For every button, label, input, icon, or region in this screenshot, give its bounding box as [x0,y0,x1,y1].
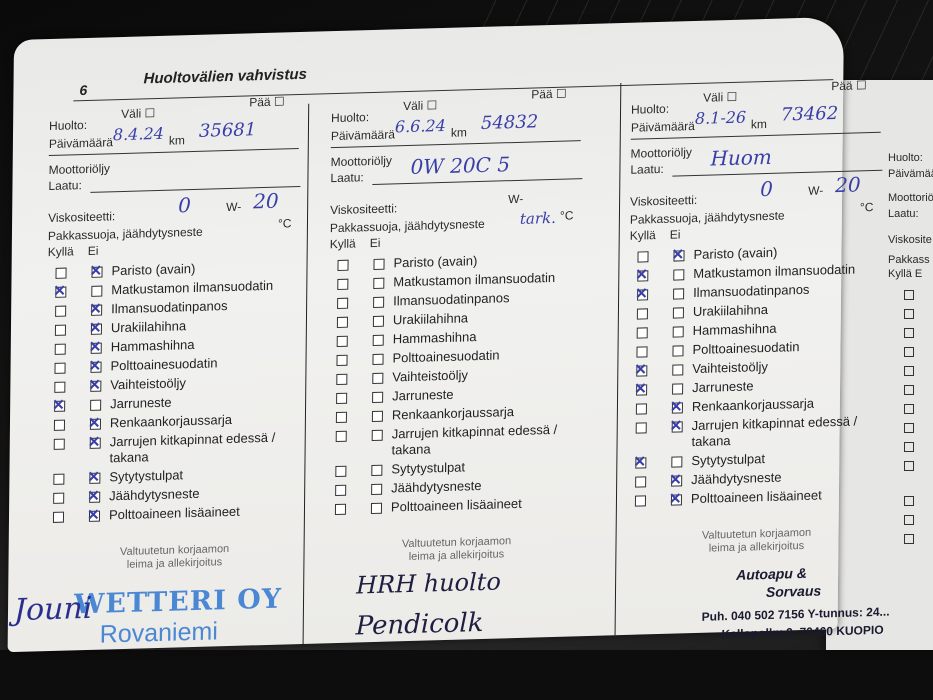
checklist-item-label: Paristo (avain) [111,261,195,278]
antifreeze-value: tark. [520,209,556,228]
signature: Pendicolk [356,608,484,642]
checkbox-no[interactable] [372,430,383,441]
checkbox-yes[interactable] [637,270,648,281]
signature: Jouni [14,591,93,628]
checklist-item-label: Sytytystulpat [391,459,465,476]
viscosity-label: Viskositeetti: [48,209,115,225]
final-checkbox-label: Pää ☐ [249,94,285,109]
checkbox-yes[interactable] [336,412,347,423]
km-label: km [169,133,185,147]
checklist-item-label: Polttoainesuodatin [692,339,799,357]
date-value: 8.4.24 [113,124,164,144]
background-surface [0,650,933,700]
checkbox-no[interactable] [373,259,384,270]
checklist-item-label: Jäähdytysneste [109,486,199,504]
checkbox-no[interactable] [673,269,684,280]
viscosity-suffix-value: 20 [253,189,279,214]
w-label: W- [226,200,241,214]
checkbox-yes[interactable] [55,344,66,355]
date-label: Päivämäärä [631,119,695,135]
checklist-item-label: Renkaankorjaussarja [692,396,814,414]
checklist-item-label: Hammashihna [393,329,477,346]
checkbox-yes[interactable] [336,374,347,385]
celsius-label: °C [860,200,874,214]
checkbox-no[interactable] [673,288,684,299]
viscosity-suffix-value: 20 [835,172,861,197]
checkbox-yes[interactable] [335,504,346,515]
checklist-item-label: takana [110,449,149,465]
km-label: km [751,117,767,131]
checkbox-no[interactable] [89,492,100,503]
checklist-item-label: Jarruneste [692,378,754,395]
checklist-item-label: Urakiilahihna [111,318,186,335]
no-column-label: Ei [370,236,381,250]
checklist-item-label: Matkustamon ilmansuodatin [693,262,855,282]
checkbox-no[interactable] [89,473,100,484]
service-entry-column: Huolto:Väli ☐Pää ☐Päivämäärä8.1-26km7346… [626,15,912,623]
checkbox-no[interactable] [671,475,682,486]
checklist-item-label: Paristo (avain) [393,253,477,270]
checkbox-no[interactable] [673,250,684,261]
checkbox-yes[interactable] [636,422,647,433]
quality-label: Laatu: [48,178,82,193]
antifreeze-label: Pakkassuoja, jäähdytysneste [630,208,785,226]
checkbox-no[interactable] [91,305,102,316]
checkbox-no[interactable] [371,465,382,476]
checkbox-yes[interactable] [636,365,647,376]
checklist-item-label: Hammashihna [693,321,777,338]
checkbox-no[interactable] [372,392,383,403]
checkbox-yes[interactable] [55,306,66,317]
final-checkbox-label: Pää ☐ [831,78,867,93]
celsius-label: °C [560,208,574,222]
checkbox-yes[interactable] [636,384,647,395]
checkbox-no[interactable] [372,373,383,384]
column-divider [615,83,622,635]
checkbox-yes[interactable] [54,420,65,431]
viscosity-prefix-value: 0 [760,177,773,201]
checkbox-no[interactable] [91,286,102,297]
checklist-item-label: Polttoaineen lisäaineet [109,504,240,523]
w-label: W- [808,183,823,197]
service-label: Huolto: [331,110,369,125]
checkbox-no[interactable] [672,364,683,375]
checklist-item-label: Vaihteistoöljy [392,367,468,384]
checklist-item-label: Jarruneste [392,387,454,404]
workshop-stamp-name: Autoapu & [736,565,807,583]
checkbox-yes[interactable] [54,439,65,450]
checkbox-no[interactable] [373,335,384,346]
checkbox-no[interactable] [672,421,683,432]
checklist-item-label: Hammashihna [111,337,195,354]
checklist-item-label: Urakiilahihna [693,302,768,319]
checkbox-yes[interactable] [336,393,347,404]
date-label: Päivämäärä [331,127,395,143]
checkbox-yes[interactable] [55,268,66,279]
checklist-item-label: Matkustamon ilmansuodatin [111,278,273,298]
checklist-item-label: Polttoaineen lisäaineet [691,487,822,506]
checkbox-no[interactable] [372,411,383,422]
checklist-item-label: takana [391,441,430,457]
oil-quality-value: Huom [710,145,772,171]
engine-oil-label: Moottoriöljy [631,145,693,161]
km-value: 73462 [781,103,838,126]
checkbox-yes[interactable] [55,325,66,336]
celsius-label: °C [278,216,292,230]
interval-checkbox-label: Väli ☐ [403,98,437,113]
antifreeze-label: Pakkassuoja, jäähdytysneste [48,225,203,243]
checkbox-no[interactable] [90,362,101,373]
checkbox-no[interactable] [91,343,102,354]
checkbox-yes[interactable] [337,298,348,309]
checklist-item-label: Paristo (avain) [693,245,777,262]
checkbox-no[interactable] [90,381,101,392]
checkbox-no[interactable] [91,324,102,335]
checkbox-no[interactable] [672,383,683,394]
checkbox-no[interactable] [91,267,102,278]
checkbox-no[interactable] [372,354,383,365]
checkbox-yes[interactable] [55,287,66,298]
checklist-item-label: Jarrujen kitkapinnat edessä / [392,422,558,442]
checklist-item-label: Polttoainesuodatin [392,347,499,365]
oil-quality-value: 0W 20C 5 [410,152,510,179]
checkbox-yes[interactable] [635,476,646,487]
checkbox-yes[interactable] [637,251,648,262]
checklist-item-label: Vaihteistoöljy [692,359,768,376]
checkbox-yes[interactable] [637,327,648,338]
checkbox-no[interactable] [672,345,683,356]
checkbox-no[interactable] [673,307,684,318]
checkbox-no[interactable] [90,419,101,430]
checkbox-yes[interactable] [337,279,348,290]
checklist-item-label: Jarruneste [110,395,172,412]
quality-line [372,178,582,185]
checkbox-yes[interactable] [336,431,347,442]
service-booklet-page: 6 Huoltovälien vahvistus Huolto:Väli ☐Pä… [8,17,844,652]
checkbox-yes[interactable] [337,260,348,271]
checklist-item-label: Sytytystulpat [691,451,765,468]
checklist-item-label: Renkaankorjaussarja [110,412,232,430]
workshop-stamp-name: Sorvaus [766,582,821,600]
checkbox-yes[interactable] [54,382,65,393]
quality-label: Laatu: [630,162,664,177]
checkbox-yes[interactable] [635,457,646,468]
viscosity-label: Viskositeetti: [630,193,697,209]
km-value: 54832 [481,111,538,134]
checkbox-no[interactable] [672,402,683,413]
viscosity-prefix-value: 0 [178,193,191,217]
date-label: Päivämäärä [49,135,113,151]
checkbox-yes[interactable] [636,346,647,357]
engine-oil-label: Moottoriöljy [331,153,393,169]
yes-column-label: Kyllä [630,228,656,243]
checkbox-yes[interactable] [53,512,64,523]
checkbox-no[interactable] [373,297,384,308]
checklist-item-label: Polttoaineen lisäaineet [391,496,522,515]
checklist-item-label: Vaihteistoöljy [110,375,186,392]
date-value: 8.1-26 [695,108,746,128]
w-label: W- [508,192,523,206]
checkbox-yes[interactable] [54,401,65,412]
checklist-item-label: Jarrujen kitkapinnat edessä / [110,430,276,450]
checklist-item-label: Urakiilahihna [393,310,468,327]
checkbox-yes[interactable] [337,336,348,347]
service-label: Huolto: [631,102,669,117]
checkbox-no[interactable] [89,511,100,522]
interval-checkbox-label: Väli ☐ [121,106,155,121]
checkbox-no[interactable] [673,326,684,337]
checklist-item-label: Sytytystulpat [109,467,183,484]
checkbox-no[interactable] [90,438,101,449]
workshop-stamp-name: WETTERI OY [74,584,282,621]
checkbox-no[interactable] [373,278,384,289]
checkbox-yes[interactable] [53,493,64,504]
quality-label: Laatu: [330,170,364,185]
checkbox-no[interactable] [371,503,382,514]
km-value: 35681 [199,119,256,142]
yes-column-label: Kyllä [330,236,356,251]
antifreeze-label: Pakkassuoja, jäähdytysneste [330,217,485,235]
checkbox-yes[interactable] [637,289,648,300]
workshop-stamp-city: Rovaniemi [100,617,218,649]
service-label: Huolto: [49,118,87,133]
checkbox-no[interactable] [373,316,384,327]
checkbox-no[interactable] [671,494,682,505]
checkbox-yes[interactable] [637,308,648,319]
checklist-item-label: Ilmansuodatinpanos [111,298,228,316]
checklist-item-label: Polttoainesuodatin [110,355,217,373]
checkbox-yes[interactable] [54,363,65,374]
no-column-label: Ei [670,227,681,241]
checkbox-yes[interactable] [335,466,346,477]
date-value: 6.6.24 [395,116,446,136]
engine-oil-label: Moottoriöljy [49,161,111,177]
yes-column-label: Kyllä [48,244,74,259]
checklist-item-label: Matkustamon ilmansuodatin [393,270,555,290]
checkbox-no[interactable] [371,484,382,495]
final-checkbox-label: Pää ☐ [531,87,567,102]
interval-checkbox-label: Väli ☐ [703,90,737,105]
checkbox-yes[interactable] [53,474,64,485]
viscosity-label: Viskositeetti: [330,201,397,217]
checkbox-no[interactable] [90,400,101,411]
checkbox-yes[interactable] [335,485,346,496]
checkbox-yes[interactable] [636,403,647,414]
service-entry-column: Huolto:Väli ☐Pää ☐Päivämäärä8.4.24km3568… [44,31,330,639]
checklist-item-label: Ilmansuodatinpanos [693,282,810,300]
checklist-item-label: Renkaankorjaussarja [392,404,514,422]
checkbox-yes[interactable] [635,495,646,506]
checkbox-yes[interactable] [336,355,347,366]
signature: HRH huolto [356,567,501,599]
checkbox-yes[interactable] [337,317,348,328]
no-column-label: Ei [88,244,99,258]
checklist-item-label: Jarrujen kitkapinnat edessä / [692,413,858,433]
checklist-item-label: Jäähdytysneste [391,478,481,496]
service-entry-column: Huolto:Väli ☐Pää ☐Päivämäärä6.6.24km5483… [326,23,612,631]
checkbox-no[interactable] [671,456,682,467]
checklist-item-label: takana [691,433,730,449]
km-label: km [451,125,467,139]
checklist-item-label: Jäähdytysneste [691,470,781,488]
checklist-item-label: Ilmansuodatinpanos [393,290,510,308]
